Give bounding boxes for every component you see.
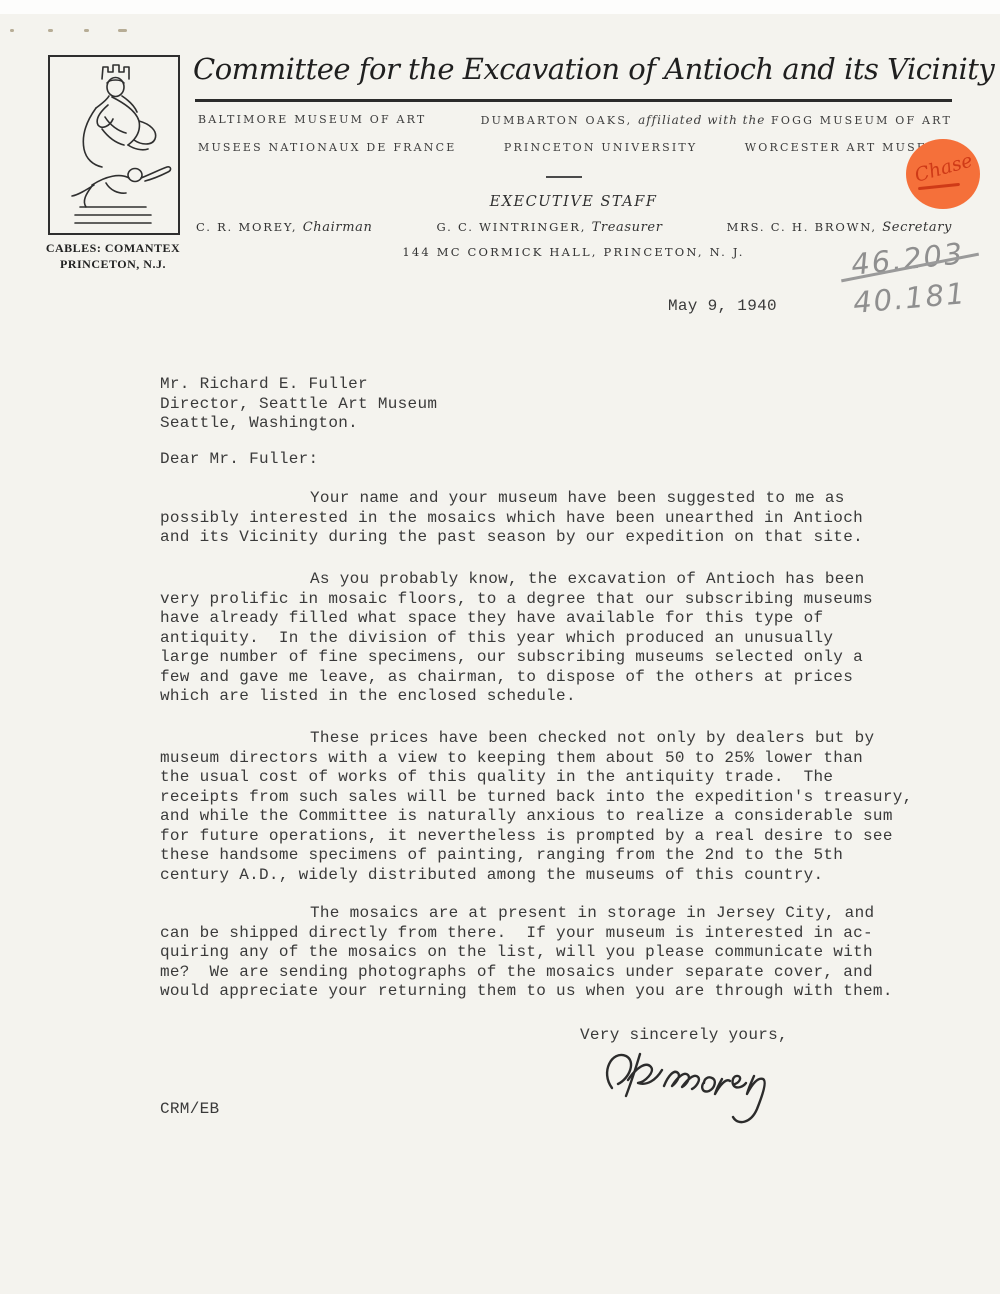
paragraph-2: As you probably know, the excavation of … <box>160 570 940 707</box>
institution-group: DUMBARTON OAKS, affiliated with the FOGG… <box>481 113 952 127</box>
paragraph-1: Your name and your museum have been sugg… <box>160 489 940 548</box>
sticker-handwriting: Chase <box>912 149 976 187</box>
text-line: possibly interested in the mosaics which… <box>160 509 940 529</box>
text-line: these handsome specimens of painting, ra… <box>160 846 940 866</box>
divider-dash <box>546 176 582 178</box>
staff-role: Chairman <box>303 220 373 235</box>
text-line: quiring any of the mosaics on the list, … <box>160 943 940 963</box>
text-line: and while the Committee is naturally anx… <box>160 807 940 827</box>
text-line: receipts from such sales will be turned … <box>160 788 940 808</box>
organization-title: Committee for the Excavation of Antioch … <box>193 52 953 98</box>
institution-affiliation-note: affiliated with the <box>638 113 765 127</box>
text-line: As you probably know, the excavation of … <box>160 570 940 590</box>
headquarters-address: 144 MC CORMICK HALL, PRINCETON, N. J. <box>195 245 952 259</box>
text-line: large number of fine specimens, our subs… <box>160 648 940 668</box>
text-line: very prolific in mosaic floors, to a deg… <box>160 590 940 610</box>
staff-role: Secretary <box>882 220 952 235</box>
masthead-rule <box>195 99 952 102</box>
text-line: museum directors with a view to keeping … <box>160 749 940 769</box>
orange-dealer-sticker: Chase <box>906 139 980 209</box>
text-line: Your name and your museum have been sugg… <box>160 489 940 509</box>
typist-initials: CRM/EB <box>160 1100 219 1120</box>
executive-staff-row: C. R. MOREY, Chairman G. C. WINTRINGER, … <box>196 220 952 235</box>
paper-speck <box>84 29 89 32</box>
text-line: Seattle, Washington. <box>160 414 437 434</box>
institutions-row-1: BALTIMORE MUSEUM OF ART DUMBARTON OAKS, … <box>198 113 952 127</box>
text-line: Mr. Richard E. Fuller <box>160 375 437 395</box>
text-line: The mosaics are at present in storage in… <box>160 904 940 924</box>
text-line: century A.D., widely distributed among t… <box>160 866 940 886</box>
text-line: can be shipped directly from there. If y… <box>160 924 940 944</box>
institution: DUMBARTON OAKS, <box>481 114 633 127</box>
text-line: Director, Seattle Art Museum <box>160 395 437 415</box>
paper-speck <box>48 29 53 32</box>
text-line: which are listed in the enclosed schedul… <box>160 687 940 707</box>
text-line: for future operations, it nevertheless i… <box>160 827 940 847</box>
paper-speck <box>118 29 127 32</box>
cables-address: CABLES: COMANTEX PRINCETON, N.J. <box>30 240 196 272</box>
staff-role: Treasurer <box>592 220 663 235</box>
scan-edge <box>0 0 1000 14</box>
paper-speck <box>10 29 14 32</box>
staff-name: G. C. WINTRINGER, <box>437 220 587 234</box>
cables-line1: CABLES: COMANTEX <box>30 240 196 256</box>
letter-date: May 9, 1940 <box>668 297 777 317</box>
handwritten-signature <box>592 1036 807 1126</box>
executive-staff-heading: EXECUTIVE STAFF <box>195 194 952 210</box>
cables-line2: PRINCETON, N.J. <box>30 256 196 272</box>
signature-ink <box>592 1036 807 1126</box>
institution: MUSEES NATIONAUX DE FRANCE <box>198 141 456 154</box>
institution: BALTIMORE MUSEUM OF ART <box>198 113 426 127</box>
staff-name: MRS. C. H. BROWN, <box>727 220 877 234</box>
accession-number: 40.181 <box>852 276 968 320</box>
text-line: have already filled what space they have… <box>160 609 940 629</box>
staff-member: C. R. MOREY, Chairman <box>196 220 372 235</box>
text-line: antiquity. In the division of this year … <box>160 629 940 649</box>
text-line: the usual cost of works of this quality … <box>160 768 940 788</box>
recipient-address-block: Mr. Richard E. FullerDirector, Seattle A… <box>160 375 437 434</box>
institutions-row-2: MUSEES NATIONAUX DE FRANCE PRINCETON UNI… <box>198 141 952 154</box>
institution: PRINCETON UNIVERSITY <box>504 141 698 154</box>
salutation: Dear Mr. Fuller: <box>160 450 318 470</box>
text-line: These prices have been checked not only … <box>160 729 940 749</box>
paragraph-4: The mosaics are at present in storage in… <box>160 904 940 1002</box>
text-line: few and gave me leave, as chairman, to d… <box>160 668 940 688</box>
staff-member: MRS. C. H. BROWN, Secretary <box>727 220 952 235</box>
tyche-of-antioch-drawing <box>50 57 178 233</box>
staff-member: G. C. WINTRINGER, Treasurer <box>437 220 663 235</box>
committee-seal-logo <box>48 55 180 235</box>
text-line: and its Vicinity during the past season … <box>160 528 940 548</box>
text-line: me? We are sending photographs of the mo… <box>160 963 940 983</box>
scanned-letter-page: CABLES: COMANTEX PRINCETON, N.J. Committ… <box>0 0 1000 1294</box>
paragraph-3: These prices have been checked not only … <box>160 729 940 885</box>
institution: FOGG MUSEUM OF ART <box>771 114 952 127</box>
staff-name: C. R. MOREY, <box>196 220 297 234</box>
text-line: would appreciate your returning them to … <box>160 982 940 1002</box>
